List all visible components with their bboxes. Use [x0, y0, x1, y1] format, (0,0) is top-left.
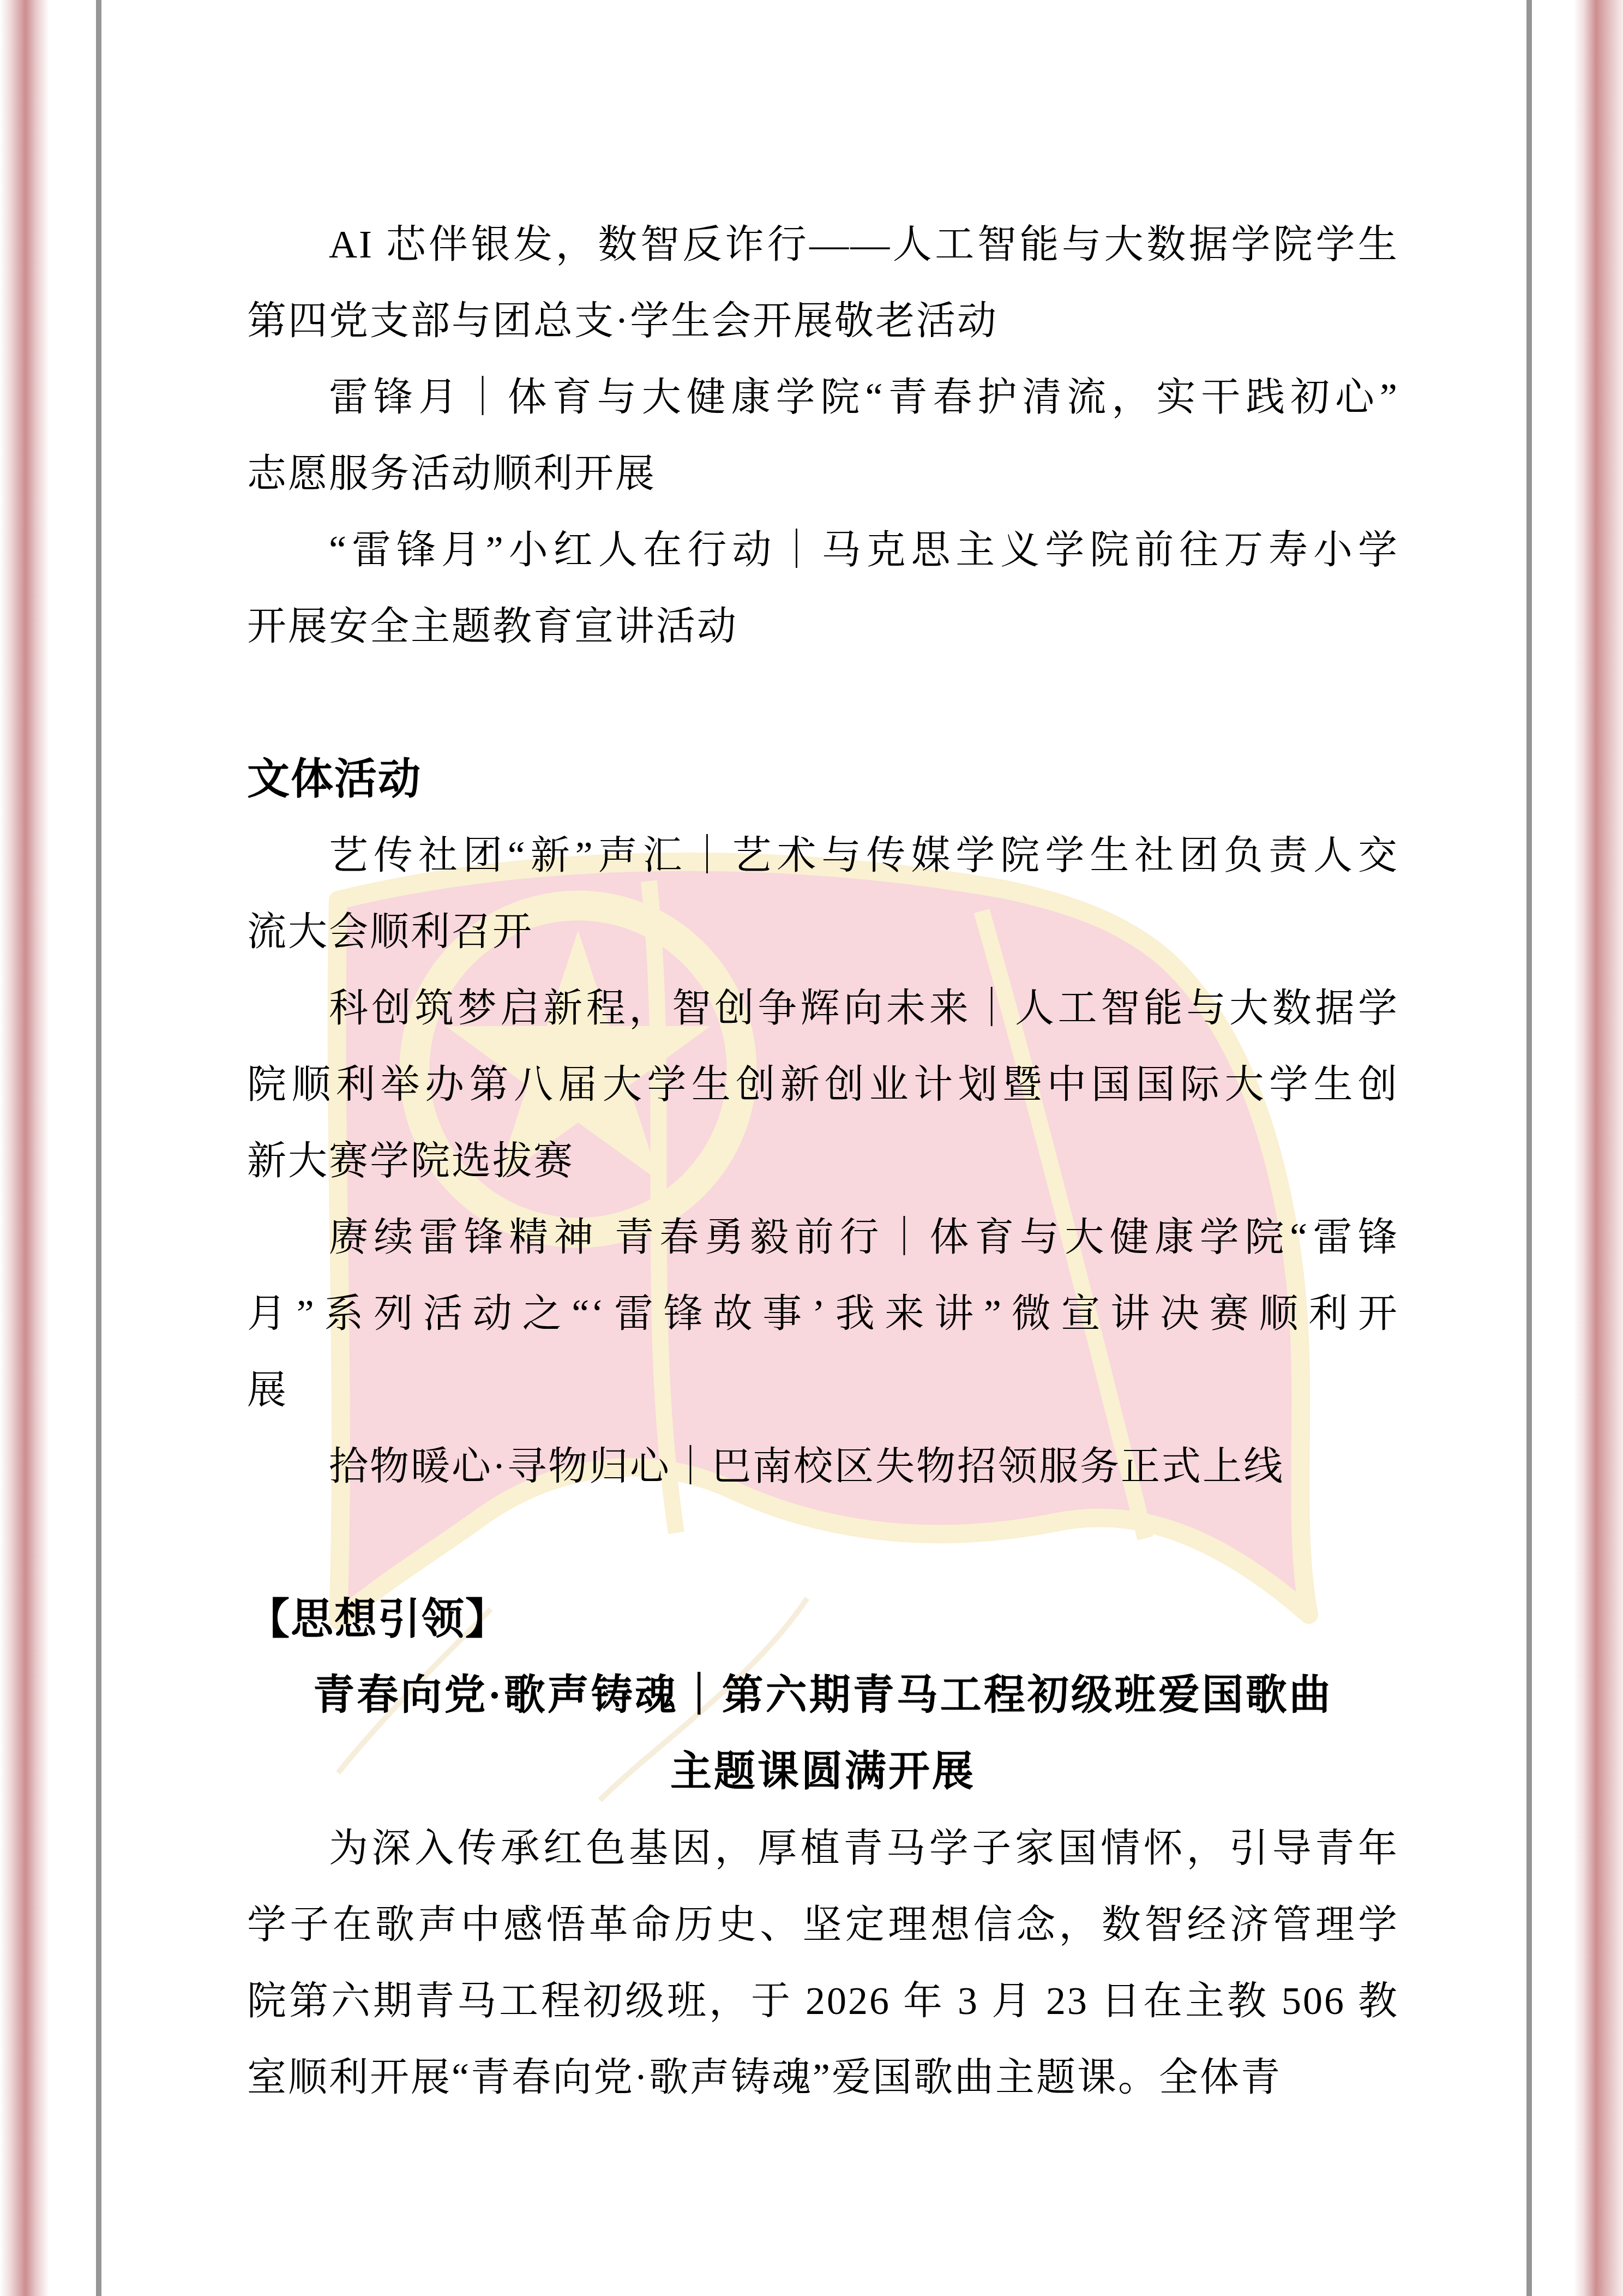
- toc-paragraph: 赓续雷锋精神 青春勇毅前行｜体育与大健康学院“雷锋月”系列活动之“‘雷锋故事’我…: [247, 1199, 1399, 1428]
- toc-paragraph-line: 流大会顺利召开: [247, 894, 1399, 970]
- toc-paragraph-line: 院顺利举办第八届大学生创新创业计划暨中国国际大学生创: [247, 1046, 1399, 1123]
- article-title: 青春向党·歌声铸魂｜第六期青马工程初级班爱国歌曲主题课圆满开展: [247, 1657, 1399, 1810]
- section-heading: 【思想引领】: [247, 1581, 1399, 1657]
- toc-paragraph-line: 雷锋月｜体育与大健康学院“青春护清流，实干践初心”: [247, 359, 1399, 435]
- toc-paragraph-line: 新大赛学院选拔赛: [247, 1123, 1399, 1199]
- body-paragraph-line: 学子在歌声中感悟革命历史、坚定理想信念，数智经济管理学: [247, 1886, 1399, 1963]
- document-page: AI 芯伴银发，数智反诈行——人工智能与大数据学院学生第四党支部与团总支·学生会…: [0, 0, 1623, 2296]
- toc-paragraph: 艺传社团“新”声汇｜艺术与传媒学院学生社团负责人交流大会顺利召开: [247, 817, 1399, 970]
- body-paragraph-line: 院第六期青马工程初级班，于 2026 年 3 月 23 日在主教 506 教: [247, 1963, 1399, 2039]
- article-title-line: 主题课圆满开展: [247, 1734, 1399, 1810]
- toc-paragraph: AI 芯伴银发，数智反诈行——人工智能与大数据学院学生第四党支部与团总支·学生会…: [247, 206, 1399, 359]
- right-rule: [1526, 0, 1532, 2296]
- body-paragraph-line: 为深入传承红色基因，厚植青马学子家国情怀，引导青年: [247, 1810, 1399, 1886]
- toc-paragraph-line: 科创筑梦启新程，智创争辉向未来｜人工智能与大数据学: [247, 970, 1399, 1046]
- toc-paragraph-line: 志愿服务活动顺利开展: [247, 435, 1399, 512]
- section-heading-line: 【思想引领】: [247, 1581, 1399, 1657]
- toc-paragraph: 雷锋月｜体育与大健康学院“青春护清流，实干践初心”志愿服务活动顺利开展: [247, 359, 1399, 512]
- toc-paragraph-line: 拾物暖心·寻物归心｜巴南校区失物招领服务正式上线: [247, 1428, 1399, 1504]
- toc-paragraph-line: “雷锋月”小红人在行动｜马克思主义学院前往万寿小学: [247, 512, 1399, 588]
- toc-paragraph-line: 开展安全主题教育宣讲活动: [247, 588, 1399, 664]
- toc-paragraph-line: 月”系列活动之“‘雷锋故事’我来讲”微宣讲决赛顺利开: [247, 1275, 1399, 1352]
- content-area: AI 芯伴银发，数智反诈行——人工智能与大数据学院学生第四党支部与团总支·学生会…: [247, 206, 1399, 2115]
- toc-paragraph-line: 艺传社团“新”声汇｜艺术与传媒学院学生社团负责人交: [247, 817, 1399, 894]
- body-paragraph: 为深入传承红色基因，厚植青马学子家国情怀，引导青年学子在歌声中感悟革命历史、坚定…: [247, 1810, 1399, 2115]
- left-accent-bar: [0, 0, 49, 2296]
- section-heading: 文体活动: [247, 741, 1399, 817]
- toc-paragraph-line: AI 芯伴银发，数智反诈行——人工智能与大数据学院学生: [247, 206, 1399, 283]
- toc-paragraph-line: 赓续雷锋精神 青春勇毅前行｜体育与大健康学院“雷锋: [247, 1199, 1399, 1275]
- toc-paragraph: 科创筑梦启新程，智创争辉向未来｜人工智能与大数据学院顺利举办第八届大学生创新创业…: [247, 970, 1399, 1199]
- left-rule: [96, 0, 101, 2296]
- body-paragraph-line: 室顺利开展“青春向党·歌声铸魂”爱国歌曲主题课。全体青: [247, 2039, 1399, 2115]
- toc-paragraph: 拾物暖心·寻物归心｜巴南校区失物招领服务正式上线: [247, 1428, 1399, 1504]
- toc-paragraph: “雷锋月”小红人在行动｜马克思主义学院前往万寿小学开展安全主题教育宣讲活动: [247, 512, 1399, 664]
- section-heading-line: 文体活动: [247, 741, 1399, 817]
- right-accent-bar: [1574, 0, 1623, 2296]
- toc-paragraph-line: 展: [247, 1352, 1399, 1428]
- toc-paragraph-line: 第四党支部与团总支·学生会开展敬老活动: [247, 283, 1399, 359]
- article-title-line: 青春向党·歌声铸魂｜第六期青马工程初级班爱国歌曲: [247, 1657, 1399, 1734]
